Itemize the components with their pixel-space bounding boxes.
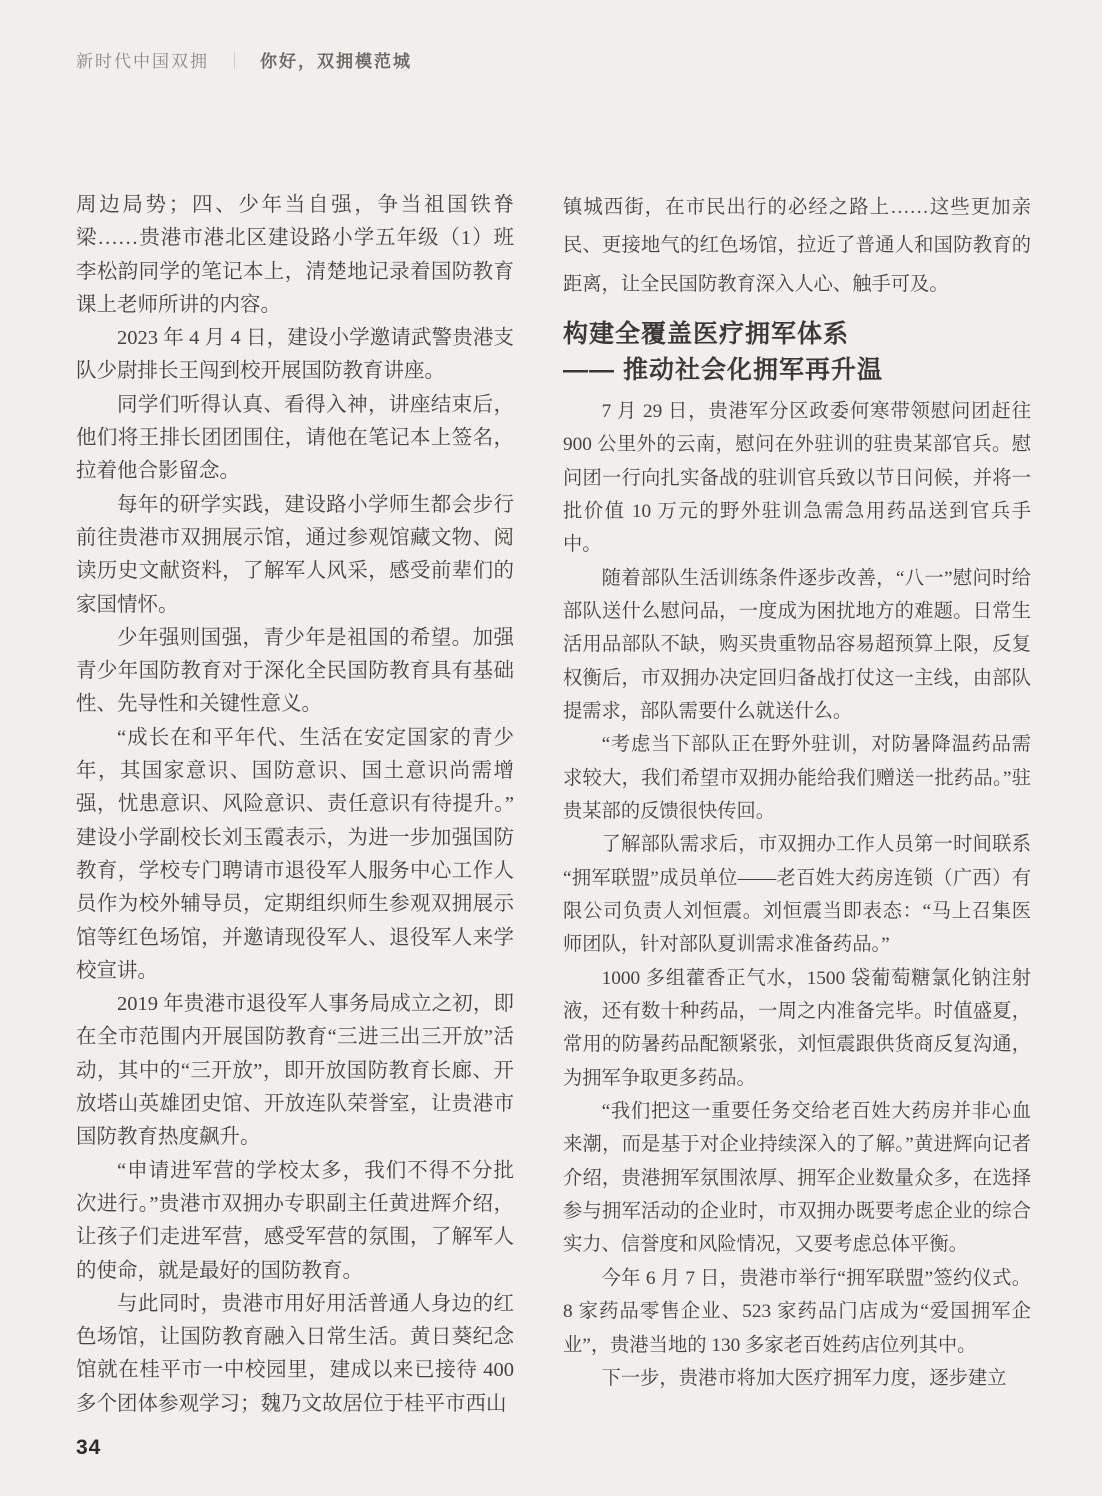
paragraph: 周边局势；四、少年当自强，争当祖国铁脊梁……贵港市港北区建设路小学五年级（1）班… — [76, 189, 514, 322]
paragraph: 2019 年贵港市退役军人事务局成立之初，即在全市范围内开展国防教育“三进三出三… — [76, 988, 514, 1154]
paragraph: 随着部队生活训练条件逐步改善，“八一”慰问时给部队送什么慰问品，一度成为困扰地方… — [563, 562, 1031, 729]
paragraph: “考虑当下部队正在野外驻训，对防暑降温药品需求较大，我们希望市双拥办能给我们赠送… — [563, 728, 1031, 828]
header-article-title: 你好，双拥模范城 — [260, 52, 412, 71]
paragraph: 了解部队需求后，市双拥办工作人员第一时间联系“拥军联盟”成员单位——老百姓大药房… — [563, 828, 1031, 961]
paragraph: 2023 年 4 月 4 日，建设小学邀请武警贵港支队少尉排长王闯到校开展国防教… — [76, 322, 514, 389]
header-brand: 新时代中国双拥 — [76, 52, 209, 71]
paragraph: 下一步，贵港市将加大医疗拥军力度，逐步建立 — [563, 1362, 1031, 1395]
paragraph: “申请进军营的学校太多，我们不得不分批次进行。”贵港市双拥办专职副主任黄进辉介绍… — [76, 1155, 514, 1288]
section-heading: 构建全覆盖医疗拥军体系 —— 推动社会化拥军再升温 — [563, 316, 1031, 389]
header-separator: ｜ — [226, 52, 243, 71]
left-column: 周边局势；四、少年当自强，争当祖国铁脊梁……贵港市港北区建设路小学五年级（1）班… — [76, 189, 514, 1421]
paragraph: 少年强则国强，青少年是祖国的希望。加强青少年国防教育对于深化全民国防教育具有基础… — [76, 622, 514, 722]
paragraph: 1000 多组藿香正气水，1500 袋葡萄糖氯化钠注射液，还有数十种药品，一周之… — [563, 962, 1031, 1095]
right-column: 镇城西街，在市民出行的必经之路上……这些更加亲民、更接地气的红色场馆，拉近了普通… — [563, 189, 1031, 1395]
paragraph: 每年的研学实践，建设路小学师生都会步行前往贵港市双拥展示馆，通过参观馆藏文物、阅… — [76, 489, 514, 622]
page-number: 34 — [76, 1436, 101, 1460]
paragraph: “成长在和平年代、生活在安定国家的青少年，其国家意识、国防意识、国土意识尚需增强… — [76, 722, 514, 988]
paragraph: “我们把这一重要任务交给老百姓大药房并非心血来潮，而是基于对企业持续深入的了解。… — [563, 1095, 1031, 1262]
paragraph: 7 月 29 日，贵港军分区政委何寒带领慰问团赶往 900 公里外的云南，慰问在… — [563, 395, 1031, 562]
section-heading-line2: —— 推动社会化拥军再升温 — [563, 356, 883, 384]
paragraph: 镇城西街，在市民出行的必经之路上……这些更加亲民、更接地气的红色场馆，拉近了普通… — [563, 189, 1031, 304]
paragraph: 今年 6 月 7 日，贵港市举行“拥军联盟”签约仪式。8 家药品零售企业、523… — [563, 1262, 1031, 1362]
running-header: 新时代中国双拥｜你好，双拥模范城 — [76, 47, 412, 72]
section-heading-line1: 构建全覆盖医疗拥军体系 — [563, 320, 849, 348]
paragraph: 与此同时，贵港市用好用活普通人身边的红色场馆，让国防教育融入日常生活。黄日葵纪念… — [76, 1288, 514, 1421]
magazine-page: 新时代中国双拥｜你好，双拥模范城 周边局势；四、少年当自强，争当祖国铁脊梁……贵… — [0, 0, 1102, 1496]
paragraph: 同学们听得认真、看得入神，讲座结束后，他们将王排长团团围住，请他在笔记本上签名，… — [76, 389, 514, 489]
